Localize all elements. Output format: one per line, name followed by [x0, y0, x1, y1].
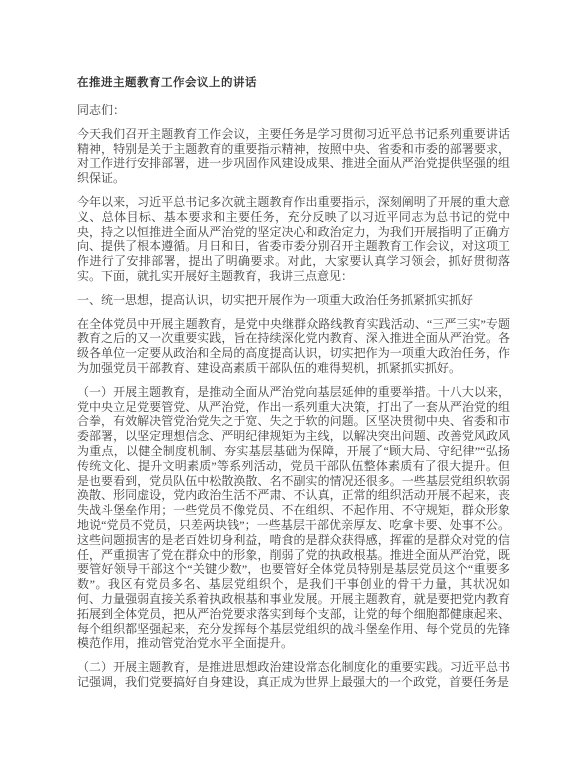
- section-heading-1: 一、统一思想，提高认识，切实把开展作为一项重大政治任务抓紧抓实抓好: [77, 293, 510, 308]
- salutation: 同志们：: [77, 103, 510, 118]
- paragraph-point-1: （一）开展主题教育，是推动全面从严治党向基层延伸的重要举措。十八大以来，党中央立…: [77, 385, 510, 651]
- paragraph-section1-lead: 在全体党员中开展主题教育，是党中央继群众路线教育实践活动、“三严三实”专题教育之…: [77, 317, 510, 376]
- paragraph-point-2-partial: （二）开展主题教育，是推进思想政治建设常态化制度化的重要实践。习近平总书记强调，…: [77, 660, 510, 690]
- paragraph-background: 今年以来，习近平总书记多次就主题教育作出重要指示，深刻阐明了开展的重大意义、总体…: [77, 195, 510, 284]
- document-title: 在推进主题教育工作会议上的讲话: [77, 75, 510, 92]
- document-page: 在推进主题教育工作会议上的讲话 同志们： 今天我们召开主题教育工作会议，主要任务…: [0, 0, 586, 759]
- paragraph-intro: 今天我们召开主题教育工作会议，主要任务是学习贯彻习近平总书记系列重要讲话精神，特…: [77, 127, 510, 186]
